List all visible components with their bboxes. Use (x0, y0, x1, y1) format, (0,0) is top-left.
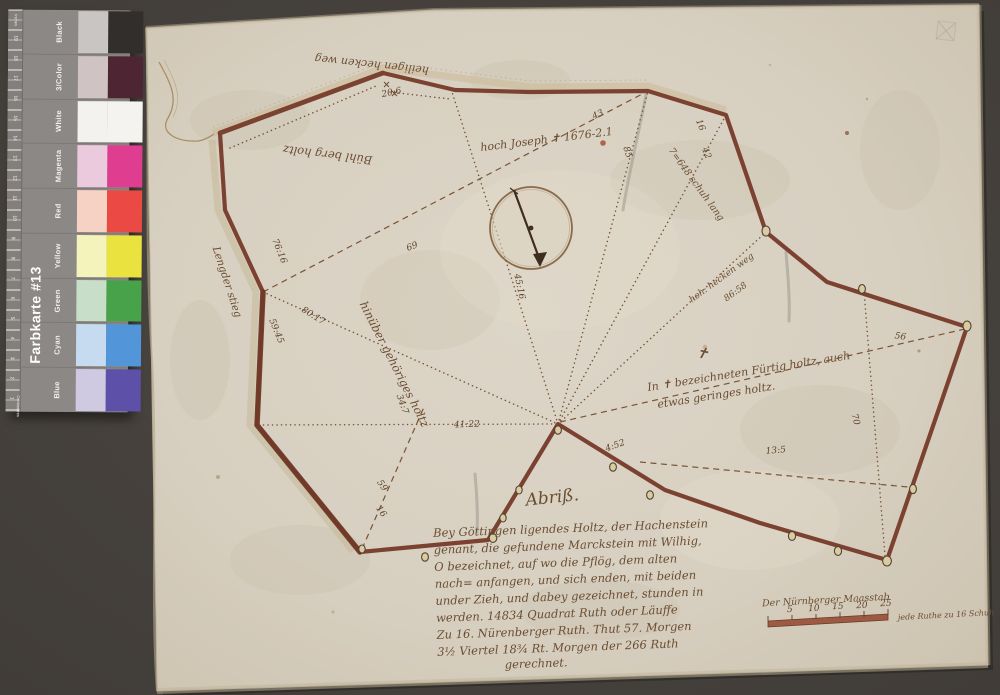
color-row-white: White (21, 99, 129, 145)
color-row-label: White (54, 110, 63, 132)
ruler-number: 12 (11, 175, 16, 181)
scale-tick-label: 20 (855, 601, 868, 612)
measurement-label: 56 (894, 331, 907, 343)
card-title: Farbkarte #13 (26, 248, 45, 382)
color-row-label: Black (55, 21, 64, 43)
ruler-number: 11 (11, 196, 16, 201)
ruler-number: 9 (10, 237, 15, 240)
ruler-number: 15 (12, 115, 17, 121)
color-row-label: Green (53, 289, 62, 312)
color-patch-light (78, 11, 108, 53)
ruler-number: 10 (11, 215, 16, 221)
color-row-label: Blue (52, 381, 61, 399)
ruler-number: 16 (12, 95, 17, 101)
color-patch-full (106, 325, 141, 367)
ruler-number: 2 (9, 377, 14, 380)
scale-tick-label: 5 (787, 605, 794, 615)
ruler-number: 18 (12, 55, 17, 61)
scale-tick-label: 15 (832, 602, 844, 613)
ruler-number: 7 (9, 277, 14, 280)
ruler-number: 17 (12, 75, 17, 81)
scale-tick-label: 25 (879, 599, 892, 610)
ruler-number: 8 (10, 257, 15, 260)
ruler-number: 13 (12, 155, 17, 161)
color-patch-full (107, 235, 142, 277)
color-row-black: Black (22, 10, 130, 56)
color-patch-full (108, 11, 143, 53)
compass-pivot (529, 226, 534, 231)
color-row-label: Magenta (54, 150, 63, 183)
ruler-number: 4 (9, 337, 14, 340)
measurement-label: 41:22 (453, 420, 481, 431)
color-patch-light (77, 145, 107, 187)
description-line: gerechnet. (504, 655, 567, 671)
color-patch-full (106, 370, 141, 412)
ruler-number: 1 (9, 397, 14, 400)
color-row-label: 3/Color (54, 63, 63, 91)
color-patch-light (76, 369, 106, 411)
color-patch-light (77, 190, 107, 232)
ruler-number: 3 (9, 357, 14, 360)
ruler-number: 6 (9, 297, 14, 300)
map-sheet: heiligen hecken weg Bühl berg holtz hoch… (0, 0, 1000, 695)
color-row-label: Red (53, 203, 62, 218)
color-patch-light (76, 280, 106, 322)
ruler-inches-label: Inches (14, 14, 19, 26)
color-patch-full (107, 190, 142, 232)
archive-photo: heiligen hecken weg Bühl berg holtz hoch… (0, 0, 1000, 695)
color-patch-light (78, 56, 108, 98)
color-row-magenta: Magenta (21, 144, 129, 190)
color-patch-light (77, 235, 107, 277)
ruler-number: 14 (12, 135, 17, 141)
color-patch-full (108, 56, 143, 98)
color-patch-full (107, 146, 142, 188)
color-row-label: Yellow (53, 243, 62, 268)
color-calibration-card: Inches 19 18 17 16 15 14 13 12 11 10 9 8… (6, 10, 131, 413)
color-row-red: Red (21, 189, 129, 235)
color-row-3color: 3/Color (22, 54, 130, 100)
ruler-number: 19 (12, 35, 17, 41)
color-patch-light (76, 325, 106, 367)
ruler-number: 5 (9, 317, 14, 320)
color-patch-full (106, 280, 141, 322)
color-patch-full (107, 101, 142, 143)
measurement-label: 13:5 (765, 445, 786, 457)
paper-watermark-corner-mark (936, 21, 956, 41)
color-row-label: Cyan (52, 335, 61, 355)
compass-rose (490, 187, 572, 269)
color-patch-light (77, 101, 107, 143)
scale-tick-label: 10 (808, 604, 820, 615)
